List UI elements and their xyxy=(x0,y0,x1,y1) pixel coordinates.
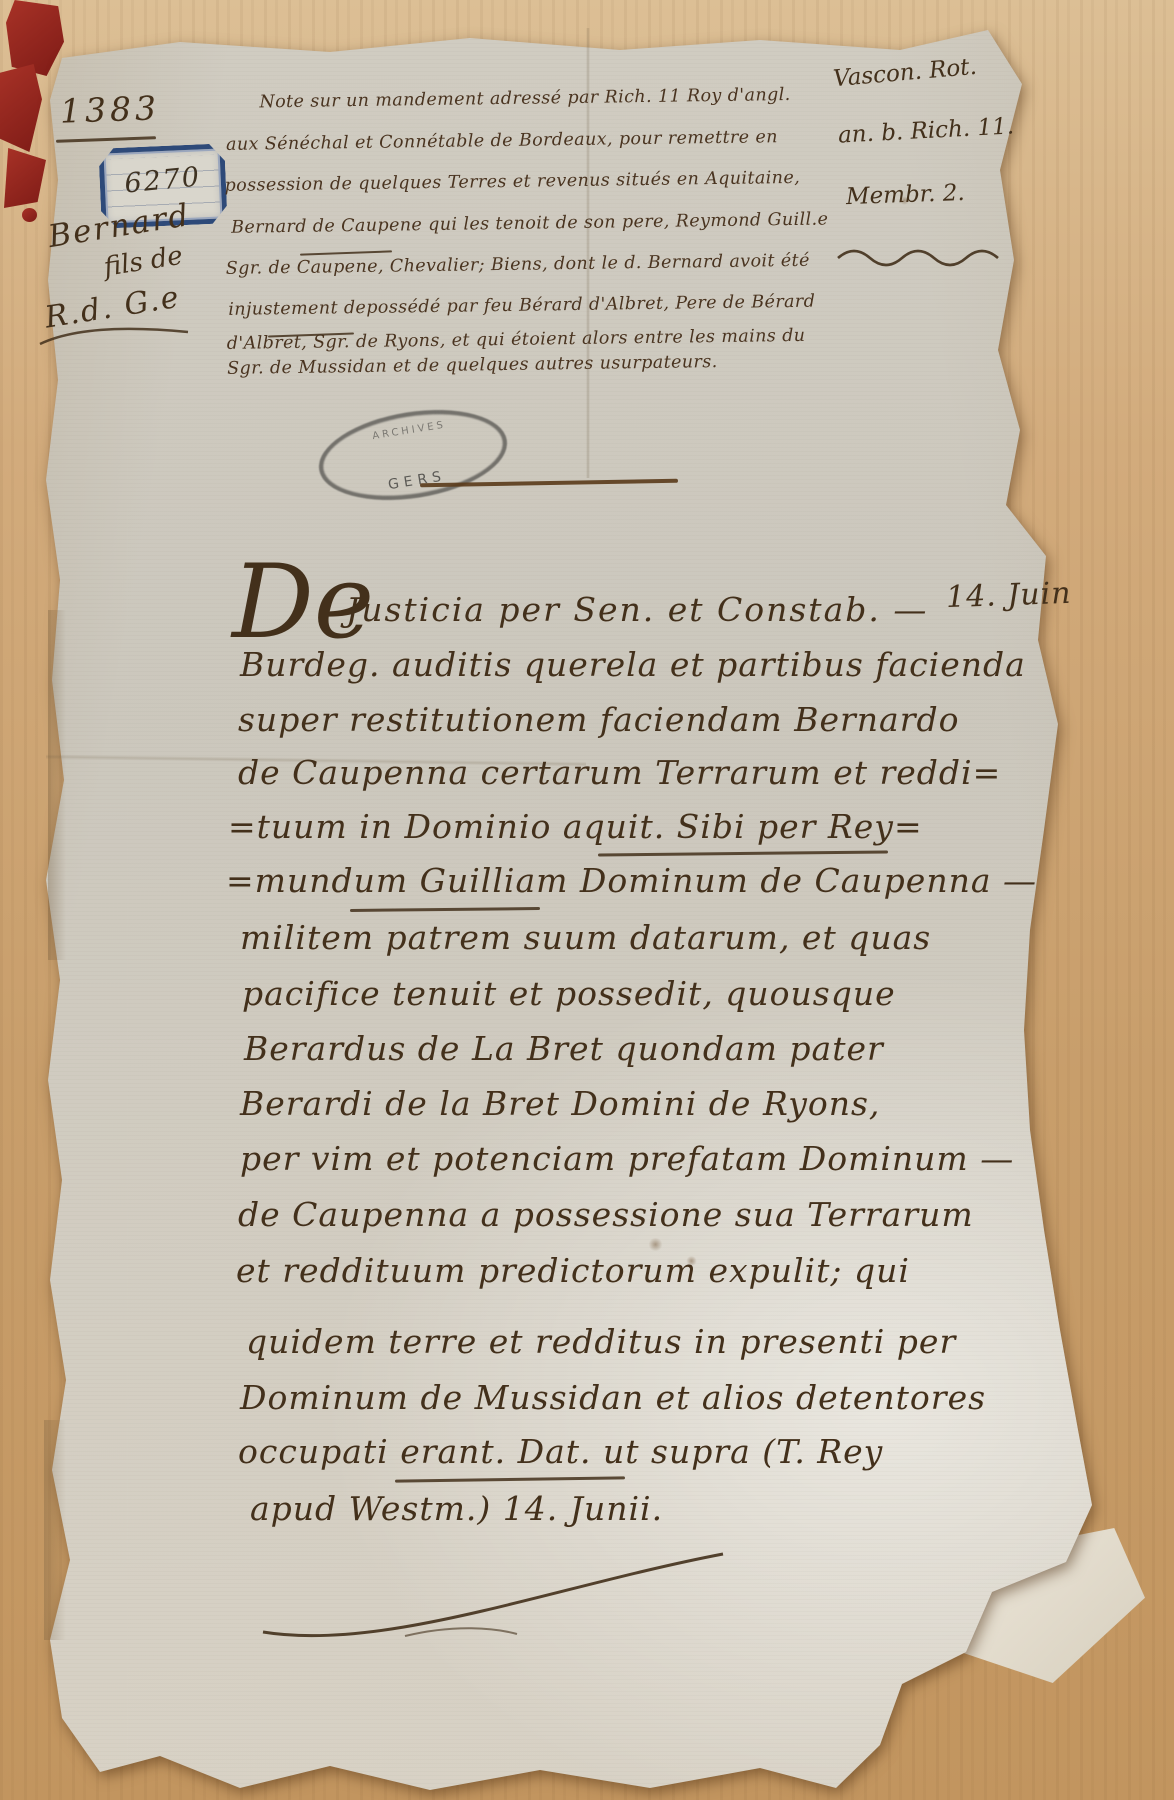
latin-line: Dominum de Mussidan et alios detentores xyxy=(240,1378,986,1417)
latin-line: Burdeg. auditis querela et partibus faci… xyxy=(240,645,1026,684)
latin-line: per vim et potenciam prefatam Dominum — xyxy=(240,1139,1014,1178)
manuscript-scan: 1383 6270 Bernard fils de R.d. G.e Vasco… xyxy=(0,0,1174,1800)
latin-line: et reddituum predictorum expulit; qui xyxy=(236,1251,910,1290)
date-annotation: 14. Juin xyxy=(945,576,1072,615)
latin-line: apud Westm.) 14. Junii. xyxy=(250,1489,663,1528)
ink-stain xyxy=(900,196,909,205)
latin-line: de Caupenna certarum Terrarum et reddi= xyxy=(238,753,1001,792)
latin-line: pacifice tenuit et possedit, quousque xyxy=(242,974,896,1013)
latin-line: super restitutionem faciendam Bernardo xyxy=(238,700,959,739)
latin-line: =mundum Guilliam Dominum de Caupenna — xyxy=(226,861,1037,900)
latin-line: Berardi de la Bret Domini de Ryons, xyxy=(240,1084,880,1123)
ink-stain xyxy=(648,1238,663,1251)
latin-line: Justicia per Sen. et Constab. — xyxy=(346,590,928,629)
ink-stain xyxy=(686,1256,697,1266)
squiggle-flourish xyxy=(836,238,1016,272)
year-label: 1383 xyxy=(59,88,160,130)
latin-line: militem patrem suum datarum, et quas xyxy=(240,918,931,957)
margin-note-flourish xyxy=(36,320,196,354)
latin-line: de Caupenna a possessione sua Terrarum xyxy=(238,1195,974,1234)
latin-line: =tuum in Dominio aquit. Sibi per Rey= xyxy=(228,807,923,846)
bottom-flourish xyxy=(255,1540,735,1655)
latin-line: quidem terre et redditus in presenti per xyxy=(246,1322,956,1361)
latin-line: Berardus de La Bret quondam pater xyxy=(244,1029,884,1068)
archive-ref: Membr. 2. xyxy=(846,180,966,210)
latin-line: occupati erant. Dat. ut supra (T. Rey xyxy=(238,1432,883,1471)
